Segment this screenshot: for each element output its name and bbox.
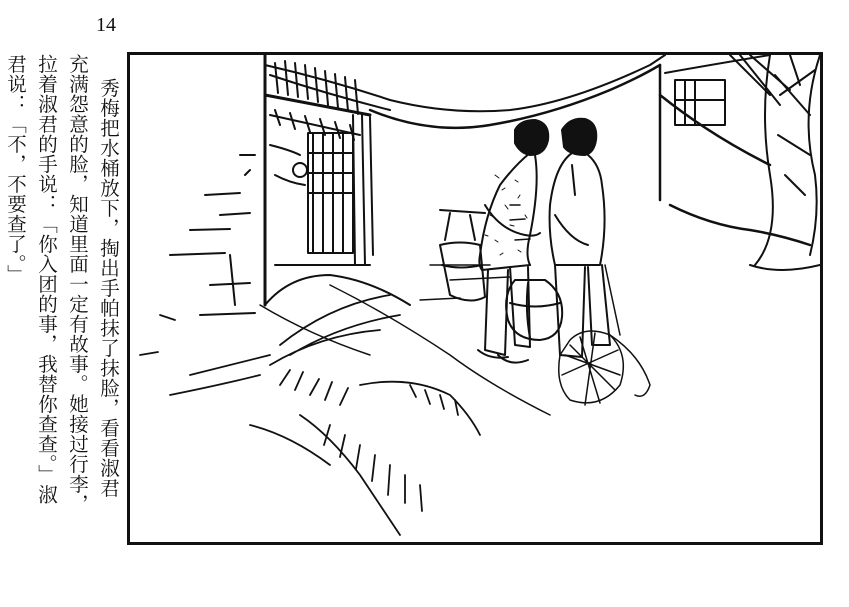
stone-wall <box>170 155 255 315</box>
illustration-frame <box>127 52 823 545</box>
caption: 秀梅把水桶放下，掏出手帕抹了抹脸，看看淑君 充满怨意的脸，知道里面一定有故事。她… <box>6 54 122 544</box>
illustration <box>130 55 820 542</box>
caption-column-1: 秀梅把水桶放下，掏出手帕抹了抹脸，看看淑君 <box>94 78 122 498</box>
wall-ridge <box>370 65 810 245</box>
woman-left <box>478 120 548 363</box>
luggage-bundle <box>506 280 562 340</box>
caption-column-3: 拉着淑君的手说：「你入团的事，我替你查查。」淑 <box>32 54 60 504</box>
caption-column-4: 君说：「不，不要查了。」 <box>1 54 29 284</box>
water-buckets <box>440 210 485 301</box>
tree <box>730 55 820 270</box>
caption-column-2: 充满怨意的脸，知道里面一定有故事。她接过行李， <box>63 54 91 514</box>
page-number: 14 <box>96 14 116 37</box>
house-right <box>665 55 770 125</box>
woman-right <box>550 119 610 357</box>
